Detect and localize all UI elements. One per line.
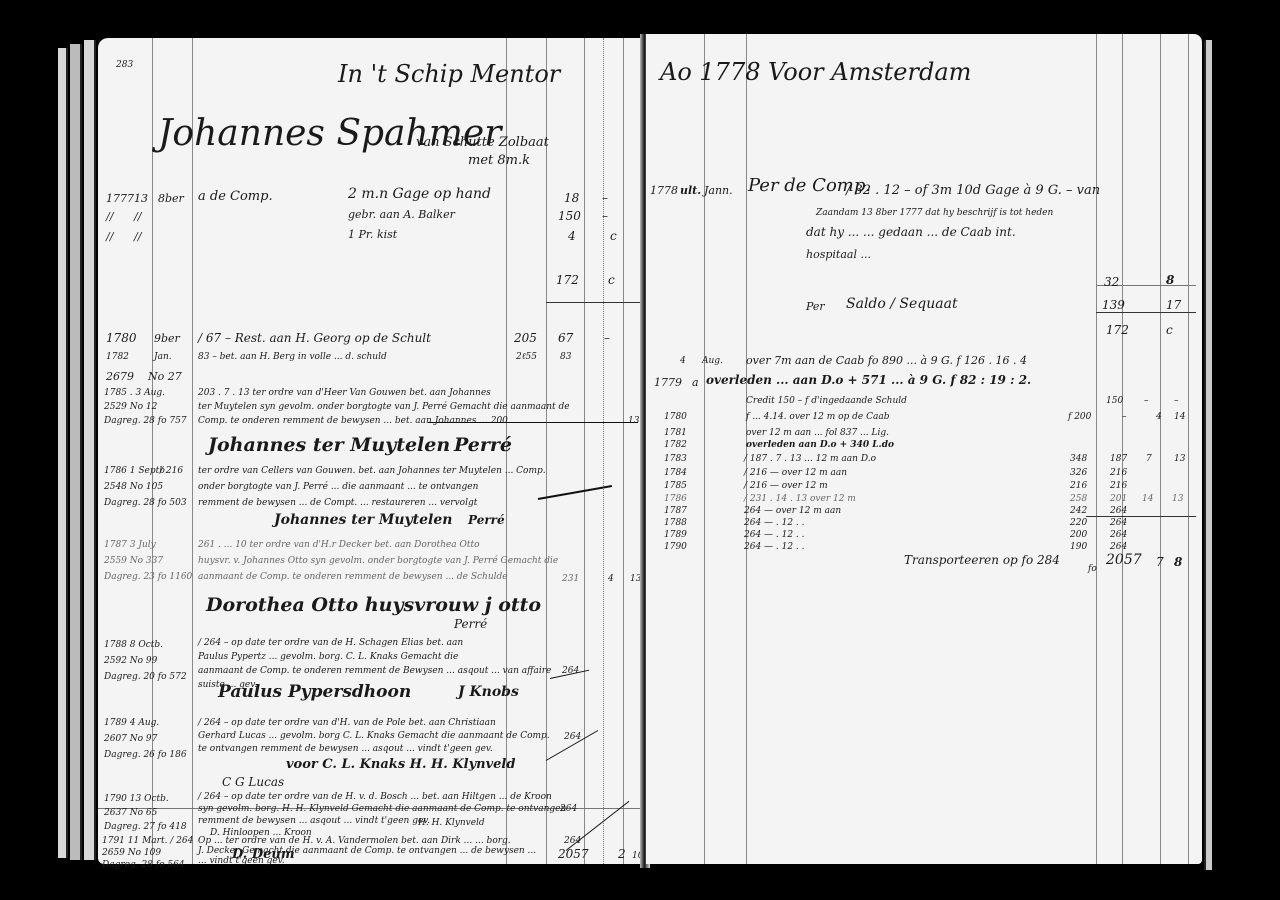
signature: Johannes ter Muytelen <box>208 434 450 456</box>
signature: J Knobs <box>458 686 519 699</box>
top-total-sub: c <box>1166 324 1173 337</box>
top-total-sub: c <box>608 274 615 287</box>
signature: C G Lucas <box>222 776 284 789</box>
year-header: Ao 1778 Voor Amsterdam <box>660 58 971 86</box>
page-total-col2: 2 <box>618 848 626 861</box>
ship-header: In 't Schip Mentor <box>338 60 560 88</box>
account-name-suffix: van Schutte Zolbaat <box>416 136 549 149</box>
top-total: 172 <box>556 274 579 287</box>
book-page-edge <box>58 48 68 858</box>
signature: Paulus Pypersdhoon <box>218 686 411 699</box>
signature: Dorothea Otto huysvrouw j otto <box>206 594 541 616</box>
right-ledger-page: Ao 1778 Voor Amsterdam 1778 ult. Jann. P… <box>646 34 1202 864</box>
account-name-suffix-2: met 8m.k <box>468 154 530 167</box>
signature: Perré <box>454 618 487 631</box>
left-ledger-page: 283 In 't Schip Mentor Johannes Spahmer … <box>98 38 646 864</box>
page-number: 283 <box>116 60 133 71</box>
book-page-edge <box>1204 40 1212 870</box>
book-page-edge <box>84 40 96 860</box>
top-total: 172 <box>1106 324 1129 337</box>
page-total: 2057 <box>558 848 589 861</box>
book-page-edge <box>70 44 82 860</box>
signature: Perré <box>454 434 512 456</box>
